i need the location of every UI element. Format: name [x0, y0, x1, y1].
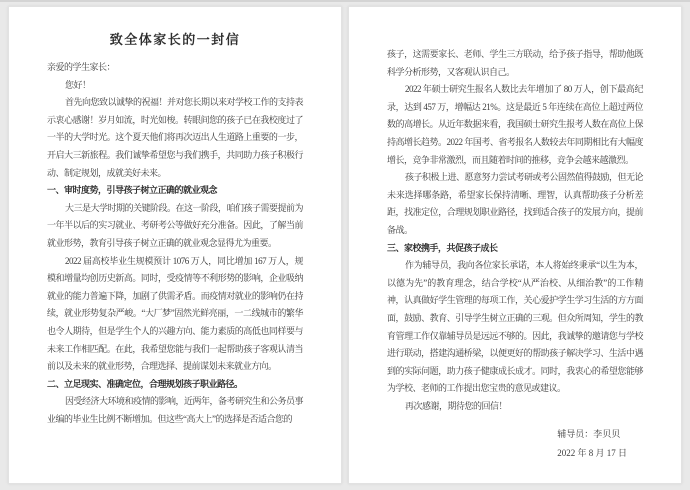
paragraph-graduates: 2022 届高校毕业生规模预计 1076 万人，同比增加 167 万人，规模和增… — [47, 253, 303, 376]
paragraph-exam: 2022 年硕士研究生报名人数比去年增加了 80 万人，创下最高纪录，达到 45… — [387, 81, 643, 169]
section-heading-1: 一、审时度势，引导孩子树立正确的就业观念 — [47, 182, 303, 200]
page-2: 孩子，这需要家长、老师、学生三方联动，给予孩子指导，帮助他既科学分析形势，又客观… — [348, 6, 682, 484]
greeting: 您好！ — [47, 77, 303, 95]
paragraph-intro: 首先向您致以诚挚的祝福！并对您长期以来对学校工作的支持表示衷心感谢！岁月如流，时… — [47, 94, 303, 182]
section-heading-2: 二、立足现实、准确定位，合理规划孩子职业路径。 — [47, 376, 303, 394]
page-1-content: 致全体家长的一封信 亲爱的学生家长： 您好！ 首先向您致以诚挚的祝福！并对您长期… — [9, 7, 341, 428]
paragraph-stage: 大三是大学时期的关键阶段。在这一阶段，咱们孩子需要提前为一年半以后的实习就业、考… — [47, 200, 303, 253]
paragraph-advice: 孩子积极上进、愿意努力尝试考研或考公固然值得鼓励，但无论未来选择哪条路，希望家长… — [387, 169, 643, 239]
signature-name: 辅导员：李贝贝 — [557, 425, 627, 444]
paragraph-promise: 作为辅导员，我向各位家长承诺，本人将始终秉承“以生为本，以德为先”的教育理念，结… — [387, 257, 643, 398]
closing-line: 再次感谢，期待您的回信！ — [387, 398, 643, 416]
paragraph-continue: 孩子，这需要家长、老师、学生三方联动，给予孩子指导，帮助他既科学分析形势，又客观… — [387, 46, 643, 81]
signature-date: 2022 年 8 月 17 日 — [557, 444, 627, 463]
section-heading-3: 三、家校携手，共促孩子成长 — [387, 240, 643, 258]
paragraph-reality: 因受经济大环境和疫情的影响，近两年，备考研究生和公务员事业编的毕业生比例不断增加… — [47, 393, 303, 428]
page-1: 致全体家长的一封信 亲爱的学生家长： 您好！ 首先向您致以诚挚的祝福！并对您长期… — [8, 6, 342, 484]
page-2-content: 孩子，这需要家长、老师、学生三方联动，给予孩子指导，帮助他既科学分析形势，又客观… — [349, 7, 681, 463]
letter-title: 致全体家长的一封信 — [47, 31, 303, 49]
signature-block: 辅导员：李贝贝 2022 年 8 月 17 日 — [557, 425, 627, 463]
document-spread: 致全体家长的一封信 亲爱的学生家长： 您好！ 首先向您致以诚挚的祝福！并对您长期… — [0, 2, 690, 484]
salutation: 亲爱的学生家长： — [47, 59, 303, 77]
